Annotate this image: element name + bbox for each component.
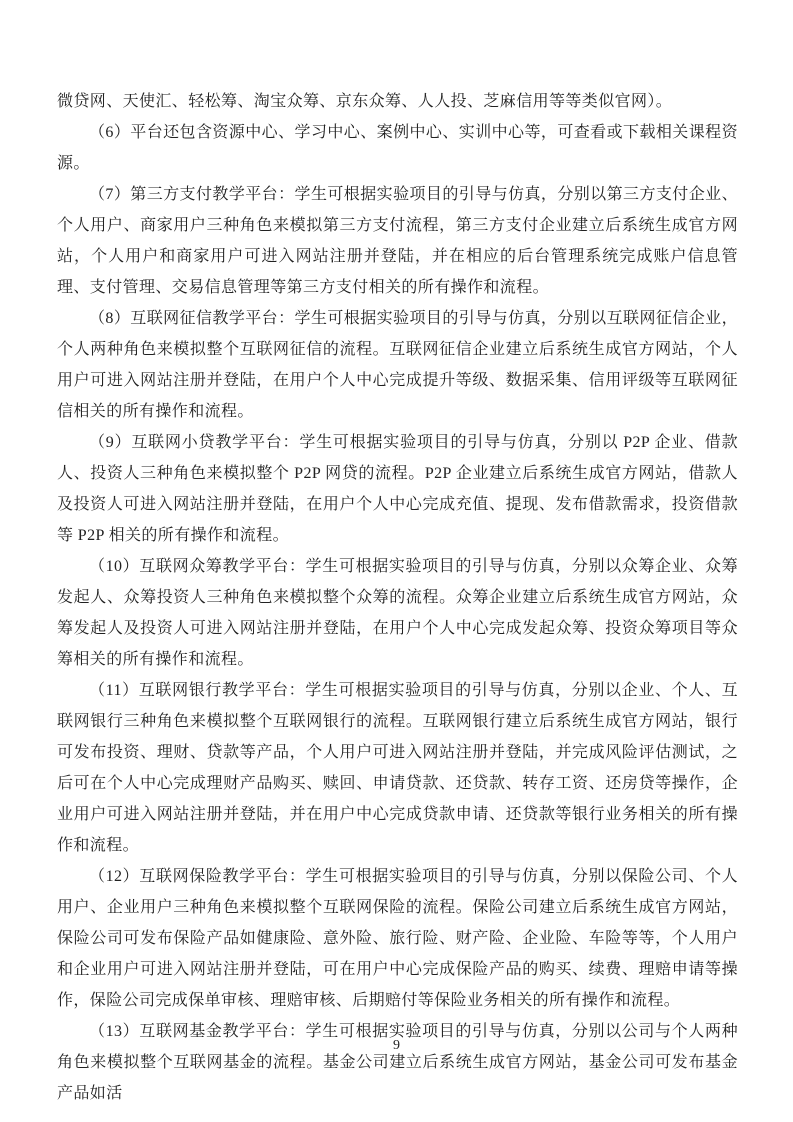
paragraph: （7）第三方支付教学平台：学生可根据实验项目的引导与仿真，分别以第三方支付企业、… [57, 179, 738, 303]
paragraph: （6）平台还包含资源中心、学习中心、案例中心、实训中心等，可查看或下载相关课程资… [57, 117, 738, 179]
paragraph: （8）互联网征信教学平台：学生可根据实验项目的引导与仿真，分别以互联网征信企业，… [57, 303, 738, 427]
paragraph: （9）互联网小贷教学平台：学生可根据实验项目的引导与仿真，分别以 P2P 企业、… [57, 427, 738, 551]
page-number: 9 [393, 1038, 400, 1053]
paragraph: 微贷网、天使汇、轻松筹、淘宝众筹、京东众筹、人人投、芝麻信用等等类似官网）。 [57, 86, 738, 117]
paragraph: （11）互联网银行教学平台：学生可根据实验项目的引导与仿真，分别以企业、个人、互… [57, 675, 738, 861]
paragraph: （12）互联网保险教学平台：学生可根据实验项目的引导与仿真，分别以保险公司、个人… [57, 861, 738, 1016]
paragraph: （10）互联网众筹教学平台：学生可根据实验项目的引导与仿真，分别以众筹企业、众筹… [57, 551, 738, 675]
page-footer: 9 [0, 1036, 793, 1056]
paragraph: （13）互联网基金教学平台：学生可根据实验项目的引导与仿真，分别以公司与个人两种… [57, 1016, 738, 1109]
document-body: 微贷网、天使汇、轻松筹、淘宝众筹、京东众筹、人人投、芝麻信用等等类似官网）。（6… [57, 86, 738, 1109]
document-page: 微贷网、天使汇、轻松筹、淘宝众筹、京东众筹、人人投、芝麻信用等等类似官网）。（6… [0, 0, 793, 1122]
